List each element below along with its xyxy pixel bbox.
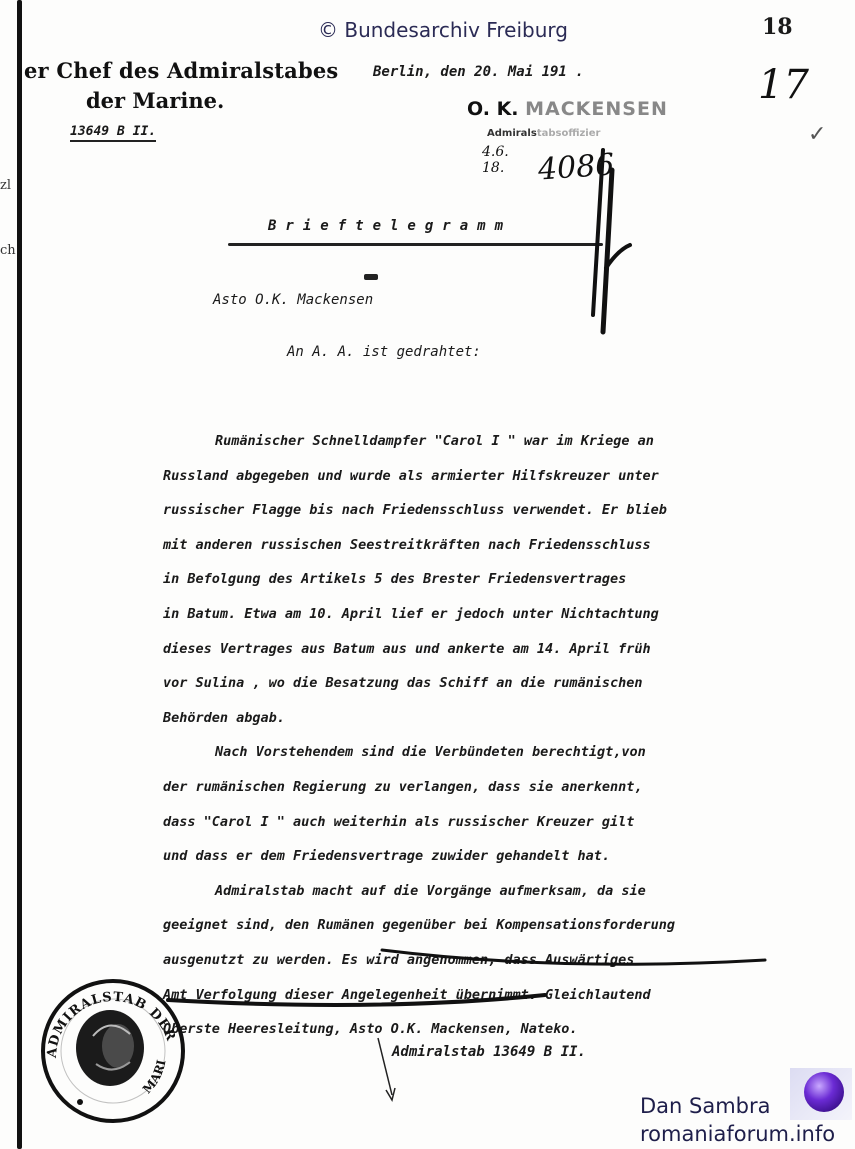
margin-fragment: zl	[0, 178, 11, 193]
body-line: mit anderen russischen Seestreitkräften …	[163, 528, 823, 563]
body-line: dass "Carol I " auch weiterhin als russi…	[163, 805, 823, 840]
archive-watermark: © Bundesarchiv Freiburg	[318, 18, 568, 42]
body-line: dieses Vertrages aus Batum aus und anker…	[163, 632, 823, 667]
receipt-stamp-org: O. K. MACKENSEN	[467, 98, 668, 120]
admiralty-seal: ADMIRALSTAB DER MARINE	[38, 976, 188, 1126]
telegram-body: Rumänischer Schnelldampfer "Carol I " wa…	[163, 424, 823, 1047]
receipt-stamp-sub-faded: tabsoffizier	[537, 128, 601, 139]
handwritten-date-line: 18.	[482, 160, 509, 176]
paragraph-1: Rumänischer Schnelldampfer "Carol I " wa…	[163, 424, 823, 735]
body-line: der rumänischen Regierung zu verlangen, …	[163, 770, 823, 805]
receipt-stamp-sub-bold: Admirals	[487, 128, 537, 139]
body-line: vor Sulina , wo die Besatzung das Schiff…	[163, 666, 823, 701]
body-line: russischer Flagge bis nach Friedensschlu…	[163, 493, 823, 528]
site-name: romaniaforum.info	[640, 1120, 835, 1148]
document-title: Brieftelegramm	[268, 218, 512, 234]
purple-globe-icon	[790, 1068, 852, 1120]
body-line: ausgenutzt zu werden. Es wird angenommen…	[163, 943, 823, 978]
page-number: 18	[762, 14, 793, 40]
body-line: Oberste Heeresleitung, Asto O.K. Mackens…	[163, 1012, 823, 1047]
paragraph-2: Nach Vorstehendem sind die Verbündeten b…	[163, 735, 823, 873]
imperial-eagle-icon	[76, 1010, 144, 1086]
body-line: Rumänischer Schnelldampfer "Carol I " wa…	[163, 424, 823, 459]
title-underline	[228, 243, 603, 246]
body-line: in Befolgung des Artikels 5 des Brester …	[163, 562, 823, 597]
handwritten-date-line: 4.6.	[482, 144, 509, 160]
body-line: in Batum. Etwa am 10. April lief er jedo…	[163, 597, 823, 632]
body-line: und dass er dem Friedensvertrage zuwider…	[163, 839, 823, 874]
margin-fragment: ch	[0, 243, 16, 258]
transmission-note: An A. A. ist gedrahtet:	[287, 344, 481, 360]
binding-edge-line	[17, 0, 22, 1149]
receipt-stamp-sub: Admiralstabsoffizier	[487, 128, 600, 139]
paragraph-3: Admiralstab macht auf die Vorgänge aufme…	[163, 874, 823, 1047]
receipt-stamp-org-faded: MACKENSEN	[525, 98, 668, 120]
handwritten-folio: 17	[758, 62, 809, 108]
letterhead-subtitle: der Marine.	[86, 88, 224, 113]
document-page: zl ch © Bundesarchiv Freiburg er Chef de…	[0, 0, 855, 1149]
check-mark-icon: ✓	[808, 122, 826, 147]
body-line: Russland abgegeben und wurde als armiert…	[163, 459, 823, 494]
an-label-mark	[364, 274, 378, 280]
handwritten-receipt-date: 4.6. 18.	[482, 144, 509, 176]
body-line: geeignet sind, den Rumänen gegenüber bei…	[163, 908, 823, 943]
recipient: Asto O.K. Mackensen	[213, 292, 373, 308]
body-line: Amt Verfolgung dieser Angelegenheit über…	[163, 978, 823, 1013]
body-line: Behörden abgab.	[163, 701, 823, 736]
body-line: Nach Vorstehendem sind die Verbündeten b…	[163, 735, 823, 770]
receipt-stamp-org-bold: O. K.	[467, 98, 525, 120]
letterhead-reference: 13649 B II.	[70, 124, 156, 142]
letterhead-title: er Chef des Admiralstabes	[24, 58, 338, 83]
signature-line: Admiralstab 13649 B II.	[392, 1044, 586, 1060]
body-line: Admiralstab macht auf die Vorgänge aufme…	[163, 874, 823, 909]
dateline: Berlin, den 20. Mai 191 .	[373, 64, 584, 80]
handwritten-journal-number: 4086	[537, 147, 616, 187]
